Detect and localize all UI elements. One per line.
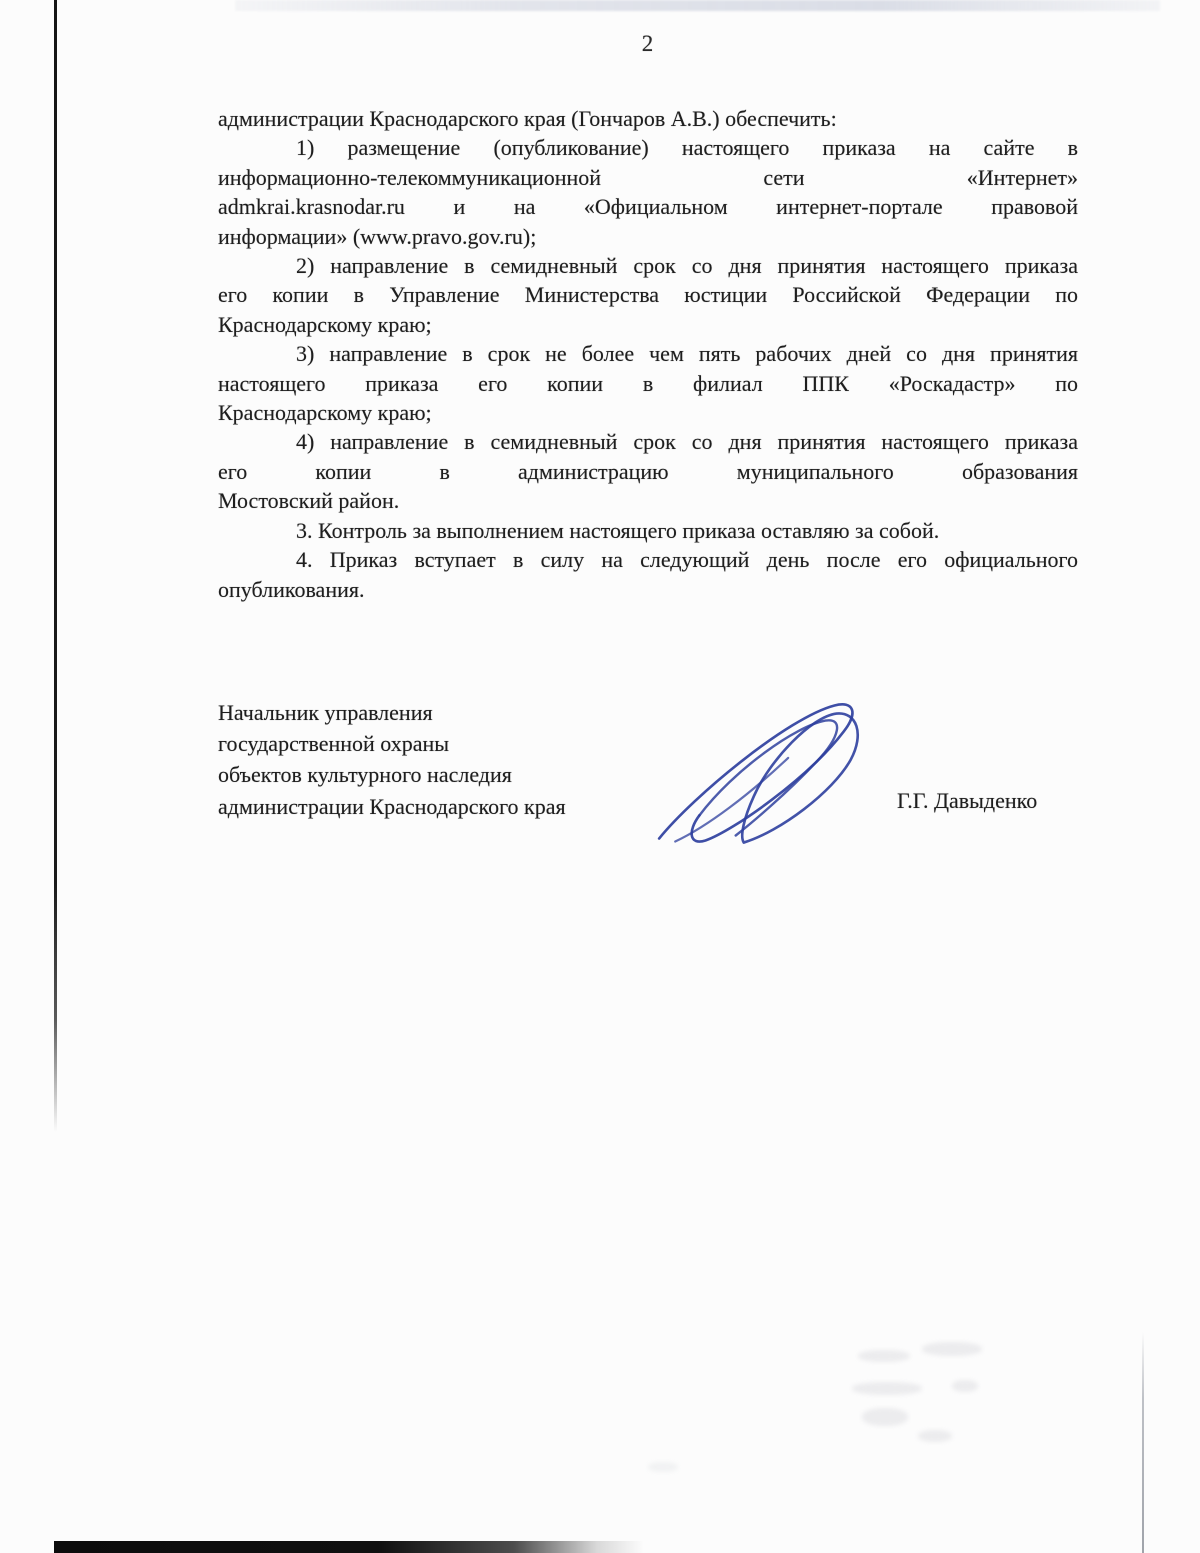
text-line: его копии в Управление Министерства юсти… xyxy=(218,280,1078,309)
scan-smudge xyxy=(918,1430,952,1442)
text-line: администрации Краснодарского края (Гонча… xyxy=(218,104,1078,133)
text-line: 4) направление в семидневный срок со дня… xyxy=(218,427,1078,456)
signer-position-line: государственной охраны xyxy=(218,728,698,759)
scan-smudge xyxy=(858,1350,910,1362)
scan-smudge xyxy=(852,1382,922,1395)
text-line: настоящего приказа его копии в филиал ПП… xyxy=(218,369,1078,398)
signature-title-block: Начальник управления государственной охр… xyxy=(218,697,698,822)
text-line: опубликования. xyxy=(218,575,1078,604)
scan-smudge xyxy=(862,1408,908,1426)
signer-position-line: объектов культурного наследия xyxy=(218,759,698,790)
signer-name: Г.Г. Давыденко xyxy=(897,788,1037,814)
handwritten-signature-image xyxy=(645,697,897,847)
scan-edge-line-right xyxy=(1142,1332,1144,1553)
text-line: 3. Контроль за выполнением настоящего пр… xyxy=(218,516,1078,545)
text-line: Мостовский район. xyxy=(218,486,1078,515)
paragraph-item-2: 2) направление в семидневный срок со дня… xyxy=(218,251,1078,339)
signer-position-line: Начальник управления xyxy=(218,697,698,728)
scan-edge-bar-bottom xyxy=(54,1541,644,1553)
paragraph-item-1: 1) размещение (опубликование) настоящего… xyxy=(218,133,1078,251)
scanned-document-page: 2 администрации Краснодарского края (Гон… xyxy=(0,0,1200,1553)
scan-edge-line-left xyxy=(54,0,57,1132)
signature-stroke xyxy=(659,704,852,841)
text-line: информации» (www.pravo.gov.ru); xyxy=(218,222,1078,251)
page-number: 2 xyxy=(218,31,1078,57)
text-line: Краснодарскому краю; xyxy=(218,310,1078,339)
scan-smudge xyxy=(648,1462,678,1472)
text-line: 2) направление в семидневный срок со дня… xyxy=(218,251,1078,280)
scan-smudge xyxy=(922,1342,982,1356)
paragraph-item-3: 3) направление в срок не более чем пять … xyxy=(218,339,1078,427)
paragraph-continuation: администрации Краснодарского края (Гонча… xyxy=(218,104,1078,133)
text-line: его копии в администрацию муниципального… xyxy=(218,457,1078,486)
text-line: 1) размещение (опубликование) настоящего… xyxy=(218,133,1078,162)
text-line: 3) направление в срок не более чем пять … xyxy=(218,339,1078,368)
signer-position-line: администрации Краснодарского края xyxy=(218,791,698,822)
text-line: admkrai.krasnodar.ru и на «Официальном и… xyxy=(218,192,1078,221)
text-line: информационно-телекоммуникационной сети … xyxy=(218,163,1078,192)
document-body: администрации Краснодарского края (Гонча… xyxy=(218,104,1078,604)
paragraph-point-4: 4. Приказ вступает в силу на следующий д… xyxy=(218,545,1078,604)
text-line: Краснодарскому краю; xyxy=(218,398,1078,427)
paragraph-item-4: 4) направление в семидневный срок со дня… xyxy=(218,427,1078,515)
paragraph-point-3: 3. Контроль за выполнением настоящего пр… xyxy=(218,516,1078,545)
scan-artifact-top-band xyxy=(235,0,1160,11)
text-line: 4. Приказ вступает в силу на следующий д… xyxy=(218,545,1078,574)
scan-smudge xyxy=(952,1380,978,1392)
